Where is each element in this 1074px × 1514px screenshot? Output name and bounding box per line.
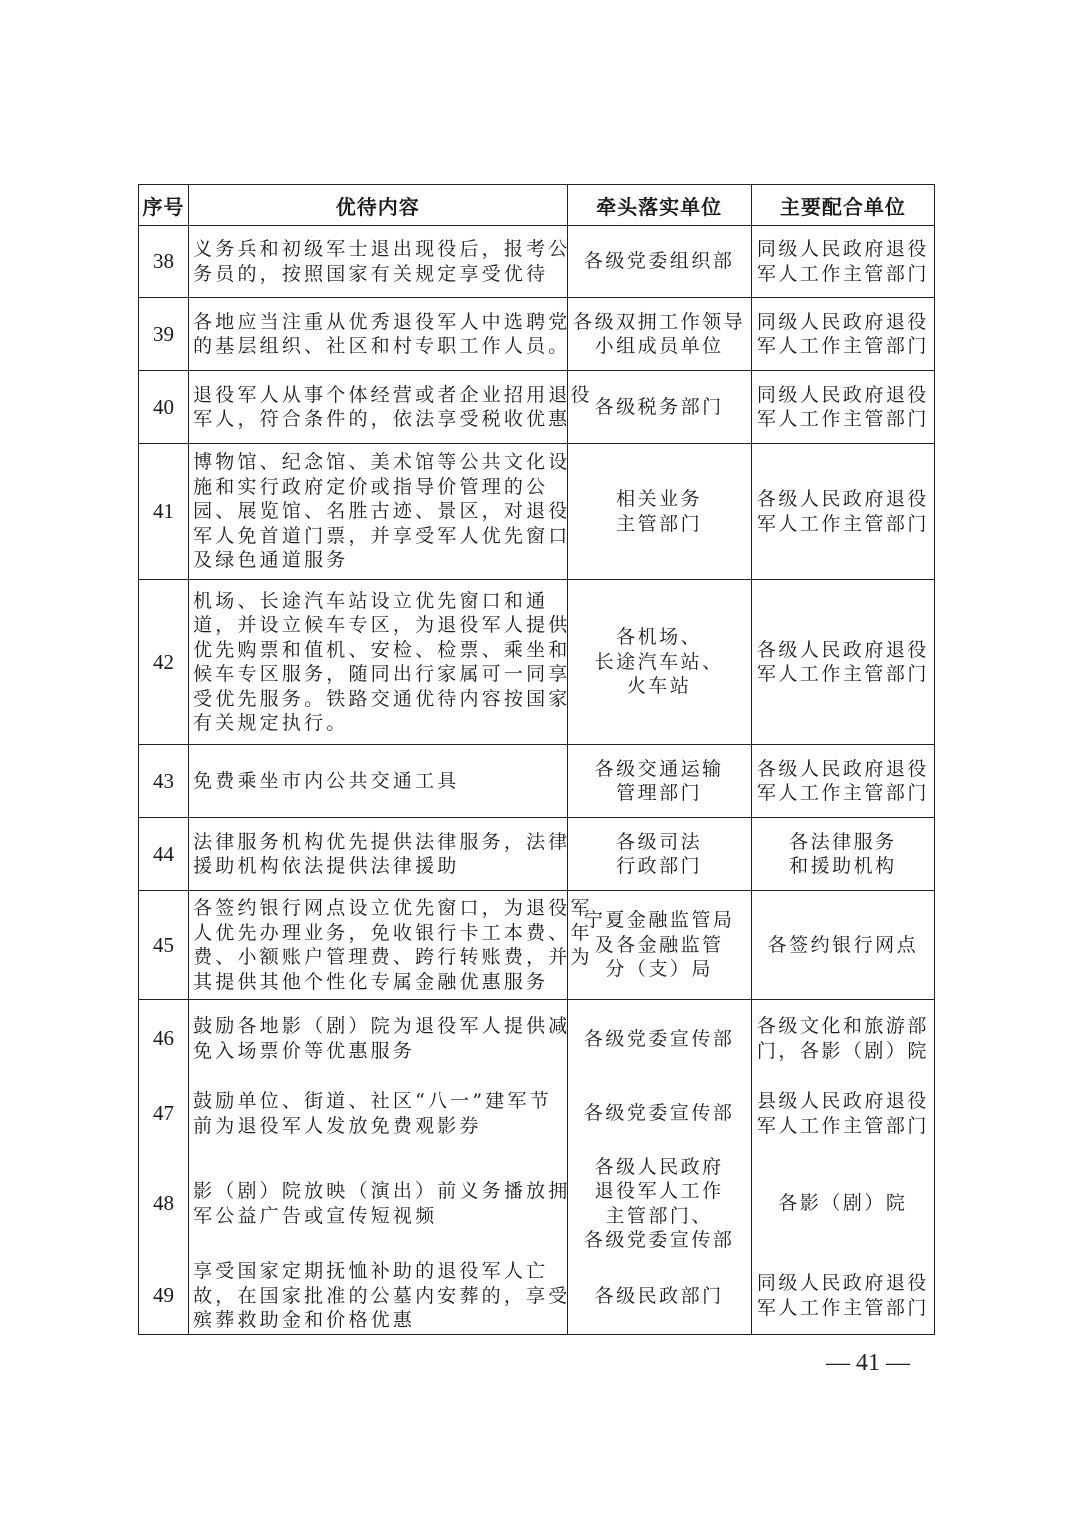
table-row: 40退役军人从事个体经营或者企业招用退役军人，符合条件的，依法享受税收优惠各级税…	[139, 371, 935, 444]
lead-unit-cell-line: 主管部门	[568, 512, 751, 537]
support-unit-cell-line: 各级文化和旅游部	[752, 1014, 934, 1039]
lead-unit-cell-line: 及各金融监管	[568, 933, 751, 958]
table-row: 46鼓励各地影（剧）院为退役军人提供减免入场票价等优惠服务各级党委宣传部各级文化…	[139, 1000, 935, 1078]
support-unit-cell: 同级人民政府退役军人工作主管部门	[751, 1258, 934, 1335]
support-unit-cell: 同级人民政府退役军人工作主管部门	[751, 371, 934, 444]
table-row: 44法律服务机构优先提供法律服务，法律援助机构依法提供法律援助各级司法行政部门各…	[139, 818, 935, 891]
treatment-content-cell-line: 费、小额账户管理费、跨行转账费，并为	[193, 945, 564, 970]
lead-unit-cell-line: 小组成员单位	[568, 334, 751, 359]
treatment-content-cell-line: 援助机构依法提供法律援助	[193, 854, 564, 879]
treatment-content-cell: 机场、长途汽车站设立优先窗口和通道，并设立候车专区，为退役军人提供优先购票和值机…	[189, 580, 567, 745]
treatment-content-cell-line: 鼓励单位、街道、社区“八一”建军节	[193, 1089, 564, 1114]
treatment-content-cell-line: 影（剧）院放映（演出）前义务播放拥	[193, 1179, 564, 1204]
treatment-content-cell: 义务兵和初级军士退出现役后，报考公务员的，按照国家有关规定享受优待	[189, 226, 567, 298]
treatment-content-cell-line: 博物馆、纪念馆、美术馆等公共文化设	[193, 450, 564, 475]
table-row: 38义务兵和初级军士退出现役后，报考公务员的，按照国家有关规定享受优待各级党委组…	[139, 226, 935, 298]
lead-unit-cell: 各级人民政府退役军人工作主管部门、各级党委宣传部	[567, 1150, 751, 1258]
page-number: — 41 —	[826, 1350, 946, 1377]
table-row: 43免费乘坐市内公共交通工具各级交通运输管理部门各级人民政府退役军人工作主管部门	[139, 745, 935, 818]
support-unit-cell-line: 军人工作主管部门	[752, 407, 934, 432]
treatment-content-cell-line: 各签约银行网点设立优先窗口，为退役军	[193, 896, 564, 921]
lead-unit-cell: 各机场、长途汽车站、火车站	[567, 580, 751, 745]
support-unit-cell-line: 同级人民政府退役	[752, 1271, 934, 1296]
treatment-content-cell-line: 义务兵和初级军士退出现役后，报考公	[193, 237, 564, 262]
lead-unit-cell: 各级税务部门	[567, 371, 751, 444]
lead-unit-cell: 各级交通运输管理部门	[567, 745, 751, 818]
treatment-content-cell-line: 候车专区服务，随同出行家属可一同享	[193, 662, 564, 687]
treatment-content-cell: 退役军人从事个体经营或者企业招用退役军人，符合条件的，依法享受税收优惠	[189, 371, 567, 444]
support-unit-cell: 同级人民政府退役军人工作主管部门	[751, 226, 934, 298]
treatment-content-cell-line: 其提供其他个性化专属金融优惠服务	[193, 970, 564, 995]
treatment-content-cell-line: 免入场票价等优惠服务	[193, 1039, 564, 1064]
treatment-content-cell-line: 军人免首道门票，并享受军人优先窗口	[193, 524, 564, 549]
lead-unit-cell-line: 相关业务	[568, 487, 751, 512]
treatment-content-cell-line: 各地应当注重从优秀退役军人中选聘党	[193, 310, 564, 335]
treatment-content-cell-line: 军人，符合条件的，依法享受税收优惠	[193, 407, 564, 432]
treatment-content-cell-line: 园、展览馆、名胜古迹、景区，对退役	[193, 499, 564, 524]
serial-number-cell: 39	[139, 298, 189, 371]
serial-number-cell: 38	[139, 226, 189, 298]
lead-unit-cell-line: 各级党委宣传部	[568, 1027, 751, 1052]
lead-unit-cell-line: 退役军人工作	[568, 1179, 751, 1204]
lead-unit-cell-line: 各级党委宣传部	[568, 1101, 751, 1126]
lead-unit-cell: 各级党委组织部	[567, 226, 751, 298]
support-unit-cell-line: 和援助机构	[752, 854, 934, 879]
support-unit-cell-line: 同级人民政府退役	[752, 237, 934, 262]
serial-number-cell: 42	[139, 580, 189, 745]
lead-unit-cell: 各级司法行政部门	[567, 818, 751, 891]
serial-number-cell: 44	[139, 818, 189, 891]
support-unit-cell-line: 军人工作主管部门	[752, 662, 934, 687]
lead-unit-cell-line: 各级党委组织部	[568, 249, 751, 274]
support-unit-cell-line: 各级人民政府退役	[752, 757, 934, 782]
support-unit-cell-line: 门，各影（剧）院	[752, 1039, 934, 1064]
header-serial-number: 序号	[139, 185, 189, 226]
treatment-content-cell: 各地应当注重从优秀退役军人中选聘党的基层组织、社区和村专职工作人员。	[189, 298, 567, 371]
treatment-content-cell-line: 前为退役军人发放免费观影券	[193, 1114, 564, 1139]
treatment-content-cell-line: 及绿色通道服务	[193, 548, 564, 573]
treatment-content-cell-line: 机场、长途汽车站设立优先窗口和通	[193, 589, 564, 614]
serial-number-cell: 46	[139, 1000, 189, 1078]
lead-unit-cell-line: 各级民政部门	[568, 1284, 751, 1309]
serial-number-cell: 45	[139, 891, 189, 1000]
support-unit-cell-line: 军人工作主管部门	[752, 1296, 934, 1321]
support-unit-cell-line: 军人工作主管部门	[752, 512, 934, 537]
treatment-content-cell-line: 施和实行政府定价或指导价管理的公	[193, 475, 564, 500]
lead-unit-cell-line: 火车站	[568, 674, 751, 699]
support-unit-cell: 各级文化和旅游部门，各影（剧）院	[751, 1000, 934, 1078]
support-unit-cell: 各级人民政府退役军人工作主管部门	[751, 745, 934, 818]
support-unit-cell-line: 军人工作主管部门	[752, 262, 934, 287]
support-unit-cell-line: 各级人民政府退役	[752, 487, 934, 512]
support-unit-cell-line: 同级人民政府退役	[752, 383, 934, 408]
support-unit-cell-line: 军人工作主管部门	[752, 781, 934, 806]
table-header-row: 序号 优待内容 牵头落实单位 主要配合单位	[139, 185, 935, 226]
serial-number-cell: 48	[139, 1150, 189, 1258]
treatment-content-cell-line: 殡葬救助金和价格优惠	[193, 1308, 564, 1333]
treatment-content-cell-line: 享受国家定期抚恤补助的退役军人亡	[193, 1259, 564, 1284]
header-treatment-content: 优待内容	[189, 185, 567, 226]
lead-unit-cell: 相关业务主管部门	[567, 444, 751, 580]
table-row: 39各地应当注重从优秀退役军人中选聘党的基层组织、社区和村专职工作人员。各级双拥…	[139, 298, 935, 371]
support-unit-cell: 各级人民政府退役军人工作主管部门	[751, 444, 934, 580]
lead-unit-cell-line: 各级司法	[568, 830, 751, 855]
table-row: 48影（剧）院放映（演出）前义务播放拥军公益广告或宣传短视频各级人民政府退役军人…	[139, 1150, 935, 1258]
lead-unit-cell-line: 主管部门、	[568, 1204, 751, 1229]
lead-unit-cell-line: 行政部门	[568, 854, 751, 879]
lead-unit-cell-line: 各级人民政府	[568, 1155, 751, 1180]
treatment-content-cell: 博物馆、纪念馆、美术馆等公共文化设施和实行政府定价或指导价管理的公园、展览馆、名…	[189, 444, 567, 580]
support-unit-cell-line: 军人工作主管部门	[752, 1114, 934, 1139]
support-unit-cell-line: 县级人民政府退役	[752, 1089, 934, 1114]
support-unit-cell-line: 各影（剧）院	[752, 1191, 934, 1216]
support-unit-cell: 各级人民政府退役军人工作主管部门	[751, 580, 934, 745]
lead-unit-cell-line: 各级税务部门	[568, 395, 751, 420]
lead-unit-cell-line: 管理部门	[568, 781, 751, 806]
support-unit-cell: 县级人民政府退役军人工作主管部门	[751, 1078, 934, 1150]
lead-unit-cell-line: 长途汽车站、	[568, 650, 751, 675]
support-unit-cell: 各影（剧）院	[751, 1150, 934, 1258]
header-lead-unit: 牵头落实单位	[567, 185, 751, 226]
lead-unit-cell-line: 宁夏金融监管局	[568, 908, 751, 933]
support-unit-cell: 同级人民政府退役军人工作主管部门	[751, 298, 934, 371]
serial-number-cell: 49	[139, 1258, 189, 1335]
lead-unit-cell-line: 各级党委宣传部	[568, 1228, 751, 1253]
treatment-content-cell-line: 军公益广告或宣传短视频	[193, 1204, 564, 1229]
preferential-treatment-table: 序号 优待内容 牵头落实单位 主要配合单位 38义务兵和初级军士退出现役后，报考…	[138, 184, 935, 1335]
treatment-content-cell-line: 务员的，按照国家有关规定享受优待	[193, 262, 564, 287]
treatment-content-cell: 法律服务机构优先提供法律服务，法律援助机构依法提供法律援助	[189, 818, 567, 891]
treatment-content-cell: 享受国家定期抚恤补助的退役军人亡故，在国家批准的公墓内安葬的，享受殡葬救助金和价…	[189, 1258, 567, 1335]
treatment-content-cell: 各签约银行网点设立优先窗口，为退役军人优先办理业务，免收银行卡工本费、年费、小额…	[189, 891, 567, 1000]
support-unit-cell-line: 同级人民政府退役	[752, 310, 934, 335]
treatment-content-cell-line: 道，并设立候车专区，为退役军人提供	[193, 613, 564, 638]
treatment-content-cell-line: 优先购票和值机、安检、检票、乘坐和	[193, 638, 564, 663]
serial-number-cell: 40	[139, 371, 189, 444]
treatment-content-cell: 鼓励单位、街道、社区“八一”建军节前为退役军人发放免费观影券	[189, 1078, 567, 1150]
header-support-unit: 主要配合单位	[751, 185, 934, 226]
treatment-content-cell-line: 法律服务机构优先提供法律服务，法律	[193, 830, 564, 855]
lead-unit-cell: 各级民政部门	[567, 1258, 751, 1335]
treatment-content-cell-line: 鼓励各地影（剧）院为退役军人提供减	[193, 1014, 564, 1039]
support-unit-cell-line: 各法律服务	[752, 830, 934, 855]
table-row: 42机场、长途汽车站设立优先窗口和通道，并设立候车专区，为退役军人提供优先购票和…	[139, 580, 935, 745]
lead-unit-cell: 宁夏金融监管局及各金融监管分（支）局	[567, 891, 751, 1000]
support-unit-cell: 各法律服务和援助机构	[751, 818, 934, 891]
treatment-content-cell-line: 退役军人从事个体经营或者企业招用退役	[193, 383, 564, 408]
table-row: 47鼓励单位、街道、社区“八一”建军节前为退役军人发放免费观影券各级党委宣传部县…	[139, 1078, 935, 1150]
lead-unit-cell: 各级党委宣传部	[567, 1000, 751, 1078]
lead-unit-cell-line: 各级双拥工作领导	[568, 310, 751, 335]
treatment-content-cell: 鼓励各地影（剧）院为退役军人提供减免入场票价等优惠服务	[189, 1000, 567, 1078]
serial-number-cell: 43	[139, 745, 189, 818]
table-row: 49享受国家定期抚恤补助的退役军人亡故，在国家批准的公墓内安葬的，享受殡葬救助金…	[139, 1258, 935, 1335]
serial-number-cell: 47	[139, 1078, 189, 1150]
support-unit-cell: 各签约银行网点	[751, 891, 934, 1000]
lead-unit-cell-line: 分（支）局	[568, 957, 751, 982]
lead-unit-cell: 各级双拥工作领导小组成员单位	[567, 298, 751, 371]
lead-unit-cell-line: 各级交通运输	[568, 757, 751, 782]
support-unit-cell-line: 各签约银行网点	[752, 933, 934, 958]
table-row: 45各签约银行网点设立优先窗口，为退役军人优先办理业务，免收银行卡工本费、年费、…	[139, 891, 935, 1000]
support-unit-cell-line: 军人工作主管部门	[752, 334, 934, 359]
table-row: 41博物馆、纪念馆、美术馆等公共文化设施和实行政府定价或指导价管理的公园、展览馆…	[139, 444, 935, 580]
treatment-content-cell: 免费乘坐市内公共交通工具	[189, 745, 567, 818]
lead-unit-cell: 各级党委宣传部	[567, 1078, 751, 1150]
lead-unit-cell-line: 各机场、	[568, 625, 751, 650]
treatment-content-cell-line: 人优先办理业务，免收银行卡工本费、年	[193, 921, 564, 946]
treatment-content-cell-line: 故，在国家批准的公墓内安葬的，享受	[193, 1284, 564, 1309]
support-unit-cell-line: 各级人民政府退役	[752, 638, 934, 663]
treatment-content-cell-line: 的基层组织、社区和村专职工作人员。	[193, 334, 564, 359]
treatment-content-cell-line: 有关规定执行。	[193, 711, 564, 736]
treatment-content-cell: 影（剧）院放映（演出）前义务播放拥军公益广告或宣传短视频	[189, 1150, 567, 1258]
treatment-content-cell-line: 受优先服务。铁路交通优待内容按国家	[193, 687, 564, 712]
serial-number-cell: 41	[139, 444, 189, 580]
treatment-content-cell-line: 免费乘坐市内公共交通工具	[193, 769, 564, 794]
